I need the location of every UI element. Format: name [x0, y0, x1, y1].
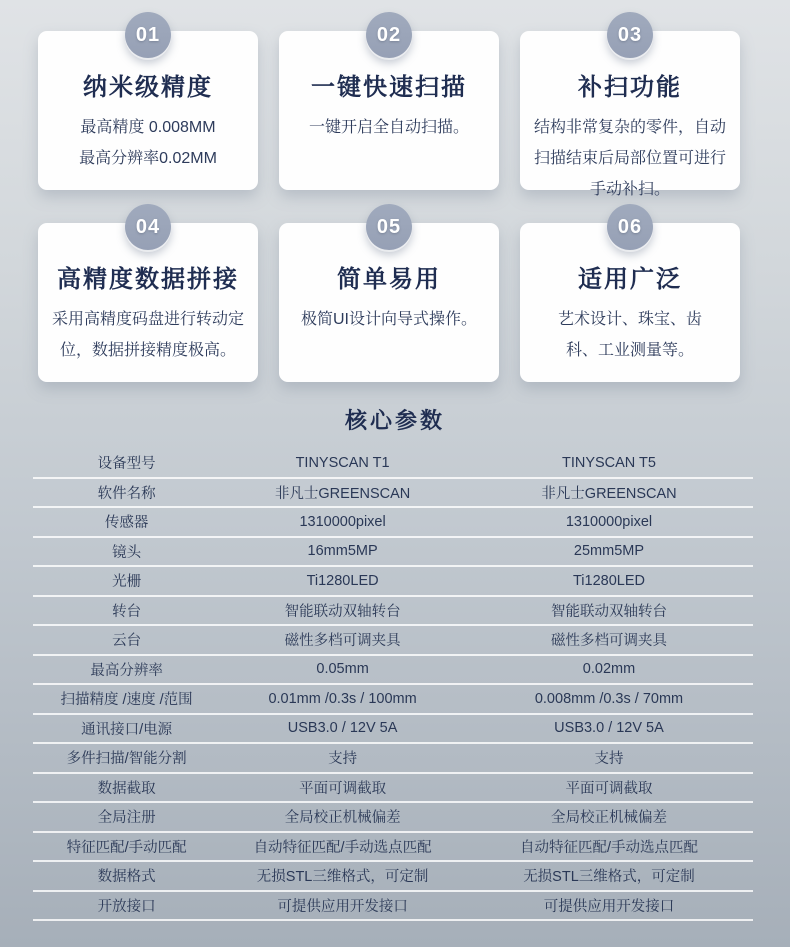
- spec-row-data-clipping: 数据截取 平面可调截取 平面可调截取: [33, 774, 753, 804]
- spec-label: 最高分辨率: [33, 659, 220, 680]
- spec-label: 软件名称: [33, 482, 220, 503]
- spec-row-data-format: 数据格式 无损STL三维格式，可定制 无损STL三维格式，可定制: [33, 862, 753, 892]
- spec-label: 传感器: [33, 511, 220, 532]
- feature-card-one-key-scan: 02 一键快速扫描 一键开启全自动扫描。: [279, 31, 499, 190]
- feature-line: 最高分辨率0.02MM: [51, 143, 245, 174]
- feature-title: 一键快速扫描: [279, 73, 499, 103]
- spec-row-sensor: 传感器 1310000pixel 1310000pixel: [33, 508, 753, 538]
- spec-value-t5: 平面可调截取: [465, 777, 753, 798]
- spec-value-t1: 磁性多档可调夹具: [220, 629, 465, 650]
- spec-value-t1: 智能联动双轴转台: [220, 600, 465, 621]
- spec-value-t5: USB3.0 / 12V 5A: [465, 720, 753, 736]
- spec-row-turntable: 转台 智能联动双轴转台 智能联动双轴转台: [33, 597, 753, 627]
- spec-value-t5: 0.02mm: [465, 661, 753, 677]
- feature-description: 艺术设计、珠宝、齿科、工业测量等。: [520, 304, 740, 366]
- spec-row-interface-power: 通讯接口/电源 USB3.0 / 12V 5A USB3.0 / 12V 5A: [33, 715, 753, 745]
- feature-line: 极简UI设计向导式操作。: [292, 304, 486, 335]
- spec-row-feature-matching: 特征匹配/手动匹配 自动特征匹配/手动选点匹配 自动特征匹配/手动选点匹配: [33, 833, 753, 863]
- spec-value-t5: 1310000pixel: [465, 514, 753, 530]
- spec-value-t1: 支持: [220, 747, 465, 768]
- spec-label: 通讯接口/电源: [33, 718, 220, 739]
- feature-card-data-stitching: 04 高精度数据拼接 采用高精度码盘进行转动定位，数据拼接精度极高。: [38, 223, 258, 382]
- feature-card-wide-application: 06 适用广泛 艺术设计、珠宝、齿科、工业测量等。: [520, 223, 740, 382]
- spec-row-global-registration: 全局注册 全局校正机械偏差 全局校正机械偏差: [33, 803, 753, 833]
- spec-label: 数据格式: [33, 865, 220, 886]
- spec-row-max-resolution: 最高分辨率 0.05mm 0.02mm: [33, 656, 753, 686]
- spec-value-t5: TINYSCAN T5: [465, 455, 753, 471]
- spec-label: 镜头: [33, 541, 220, 562]
- spec-value-t1: USB3.0 / 12V 5A: [220, 720, 465, 736]
- feature-card-rescan: 03 补扫功能 结构非常复杂的零件，自动扫描结束后局部位置可进行手动补扫。: [520, 31, 740, 190]
- spec-label: 光栅: [33, 570, 220, 591]
- spec-value-t1: 非凡士GREENSCAN: [220, 482, 465, 503]
- number-badge: 03: [607, 12, 653, 58]
- number-badge: 01: [125, 12, 171, 58]
- spec-label: 多件扫描/智能分割: [33, 747, 220, 768]
- spec-value-t1: 无损STL三维格式，可定制: [220, 865, 465, 886]
- feature-line: 最高精度 0.008MM: [51, 112, 245, 143]
- spec-value-t5: 智能联动双轴转台: [465, 600, 753, 621]
- spec-value-t5: 0.008mm /0.3s / 70mm: [465, 691, 753, 707]
- feature-title: 补扫功能: [520, 73, 740, 103]
- spec-label: 扫描精度 /速度 /范围: [33, 688, 220, 709]
- spec-value-t1: 1310000pixel: [220, 514, 465, 530]
- number-badge: 06: [607, 204, 653, 250]
- spec-value-t1: 16mm5MP: [220, 543, 465, 559]
- number-badge: 05: [366, 204, 412, 250]
- spec-table: 设备型号 TINYSCAN T1 TINYSCAN T5 软件名称 非凡士GRE…: [33, 449, 753, 921]
- spec-value-t1: 0.01mm /0.3s / 100mm: [220, 691, 465, 707]
- feature-title: 适用广泛: [520, 265, 740, 295]
- spec-row-multi-scan: 多件扫描/智能分割 支持 支持: [33, 744, 753, 774]
- spec-value-t1: 可提供应用开发接口: [220, 895, 465, 916]
- spec-value-t5: 无损STL三维格式，可定制: [465, 865, 753, 886]
- spec-label: 云台: [33, 629, 220, 650]
- feature-title: 高精度数据拼接: [38, 265, 258, 295]
- spec-row-accuracy-speed-range: 扫描精度 /速度 /范围 0.01mm /0.3s / 100mm 0.008m…: [33, 685, 753, 715]
- feature-card-nano-precision: 01 纳米级精度 最高精度 0.008MM 最高分辨率0.02MM: [38, 31, 258, 190]
- spec-value-t5: 自动特征匹配/手动选点匹配: [465, 836, 753, 857]
- spec-label: 数据截取: [33, 777, 220, 798]
- feature-description: 极简UI设计向导式操作。: [279, 304, 499, 335]
- spec-row-grating: 光栅 Ti1280LED Ti1280LED: [33, 567, 753, 597]
- spec-row-gimbal: 云台 磁性多档可调夹具 磁性多档可调夹具: [33, 626, 753, 656]
- spec-value-t5: 25mm5MP: [465, 543, 753, 559]
- spec-value-t1: TINYSCAN T1: [220, 455, 465, 471]
- feature-line: 采用高精度码盘进行转动定位，数据拼接精度极高。: [51, 304, 245, 366]
- feature-title: 纳米级精度: [38, 73, 258, 103]
- feature-description: 最高精度 0.008MM 最高分辨率0.02MM: [38, 112, 258, 174]
- spec-value-t5: Ti1280LED: [465, 573, 753, 589]
- feature-description: 结构非常复杂的零件，自动扫描结束后局部位置可进行手动补扫。: [520, 112, 740, 205]
- number-badge: 02: [366, 12, 412, 58]
- spec-label: 设备型号: [33, 452, 220, 473]
- number-badge: 04: [125, 204, 171, 250]
- spec-row-model: 设备型号 TINYSCAN T1 TINYSCAN T5: [33, 449, 753, 479]
- spec-label: 特征匹配/手动匹配: [33, 836, 220, 857]
- spec-value-t1: 0.05mm: [220, 661, 465, 677]
- feature-description: 一键开启全自动扫描。: [279, 112, 499, 143]
- spec-label: 开放接口: [33, 895, 220, 916]
- spec-section-title: 核心参数: [0, 404, 790, 435]
- product-spec-page: { "features": [ {"number":"01","title":"…: [0, 0, 790, 947]
- spec-row-open-api: 开放接口 可提供应用开发接口 可提供应用开发接口: [33, 892, 753, 922]
- feature-cards-section: 01 纳米级精度 最高精度 0.008MM 最高分辨率0.02MM 02 一键快…: [38, 31, 740, 382]
- spec-value-t5: 非凡士GREENSCAN: [465, 482, 753, 503]
- spec-value-t1: 平面可调截取: [220, 777, 465, 798]
- feature-line: 结构非常复杂的零件，自动扫描结束后局部位置可进行手动补扫。: [533, 112, 727, 205]
- spec-value-t1: 自动特征匹配/手动选点匹配: [220, 836, 465, 857]
- spec-value-t5: 支持: [465, 747, 753, 768]
- spec-label: 转台: [33, 600, 220, 621]
- feature-card-easy-to-use: 05 简单易用 极简UI设计向导式操作。: [279, 223, 499, 382]
- spec-value-t5: 全局校正机械偏差: [465, 806, 753, 827]
- spec-value-t1: Ti1280LED: [220, 573, 465, 589]
- spec-row-software: 软件名称 非凡士GREENSCAN 非凡士GREENSCAN: [33, 479, 753, 509]
- spec-label: 全局注册: [33, 806, 220, 827]
- spec-value-t1: 全局校正机械偏差: [220, 806, 465, 827]
- feature-line: 一键开启全自动扫描。: [292, 112, 486, 143]
- feature-description: 采用高精度码盘进行转动定位，数据拼接精度极高。: [38, 304, 258, 366]
- spec-value-t5: 磁性多档可调夹具: [465, 629, 753, 650]
- feature-line: 艺术设计、珠宝、齿科、工业测量等。: [551, 304, 709, 366]
- feature-title: 简单易用: [279, 265, 499, 295]
- spec-value-t5: 可提供应用开发接口: [465, 895, 753, 916]
- spec-row-lens: 镜头 16mm5MP 25mm5MP: [33, 538, 753, 568]
